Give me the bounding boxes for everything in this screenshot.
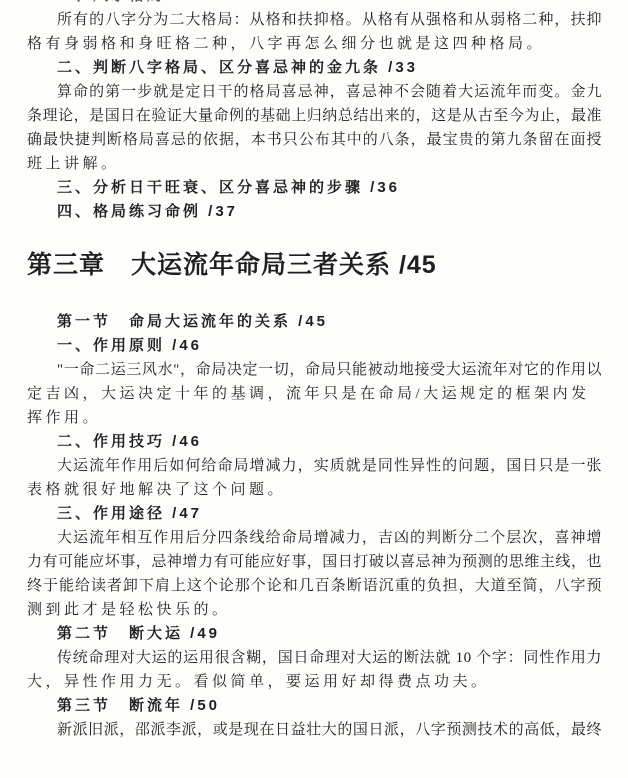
section-heading: 第一节 命局大运流年的关系 /45 — [27, 310, 602, 334]
paragraph: 大运流年相互作用后分四条线给命局增减力，吉凶的判断分二个层次，喜神增力有可能应坏… — [27, 526, 602, 622]
paragraph: 所有的八字分为二大格局：从格和扶抑格。从格有从强格和从弱格二种，扶抑格有身弱格和… — [27, 8, 602, 56]
paragraph: "一命二运三风水"，命局决定一切，命局只能被动地接受大运流年对它的作用以定吉凶，… — [27, 358, 602, 430]
paragraph-line: 所有的八字分为二大格局：从格和扶抑格。从格有从强格和从弱格二种，扶抑 — [27, 8, 602, 32]
paragraph-line: 定吉凶，大运决定十年的基调，流年只是在命局/大运规定的框架内发挥作用。 — [27, 382, 602, 430]
section-heading: 第三节 断流年 /50 — [27, 694, 602, 718]
paragraph-line: 条理论，是国日在验证大量命例的基础上归纳总结出来的，这是从古至今为止，最准 — [27, 104, 602, 128]
paragraph-line: 力有可能应坏事，忌神增力有可能应好事，国日打破以喜忌神为预测的思维主线，也 — [27, 550, 602, 574]
paragraph-line: 算命的第一步就是定日干的格局喜忌神，喜忌神不会随着大运流年而变。金九 — [27, 80, 602, 104]
toc-subheading: 一、八字格局 /32 — [27, 0, 602, 8]
toc-subheading: 四、格局练习命例 /37 — [27, 200, 602, 224]
paragraph: 算命的第一步就是定日干的格局喜忌神，喜忌神不会随着大运流年而变。金九条理论，是国… — [27, 80, 602, 176]
toc-subheading: 二、判断八字格局、区分喜忌神的金九条 /33 — [27, 56, 602, 80]
chapter-heading: 第三章 大运流年命局三者关系 /45 — [27, 250, 602, 280]
paragraph-line: "一命二运三风水"，命局决定一切，命局只能被动地接受大运流年对它的作用以 — [27, 358, 602, 382]
toc-subheading: 二、作用技巧 /46 — [27, 430, 602, 454]
paragraph-line: 传统命理对大运的运用很含糊，国日命理对大运的断法就 10 个字：同性作用力 — [27, 646, 602, 670]
paragraph-line: 表格就很好地解决了这个问题。 — [27, 478, 602, 502]
toc-subheading: 一、作用原则 /46 — [27, 334, 602, 358]
paragraph: 大运流年作用后如何给命局增减力，实质就是同性异性的问题，国日只是一张表格就很好地… — [27, 454, 602, 502]
paragraph-line: 格有身弱格和身旺格二种，八字再怎么细分也就是这四种格局。 — [27, 32, 602, 56]
paragraph-line: 班上讲解。 — [27, 152, 602, 176]
paragraph-line: 测到此才是轻松快乐的。 — [27, 598, 602, 622]
paragraph-line: 确最快捷判断格局喜忌的依据，本书只公布其中的八条，最宝贵的第九条留在面授 — [27, 128, 602, 152]
paragraph-line: 大，异性作用力无。看似简单，要运用好却得费点功夫。 — [27, 670, 602, 694]
clipped-heading-top-edge: 一、八字格局 /32 — [27, 0, 602, 8]
paragraph-line: 大运流年作用后如何给命局增减力，实质就是同性异性的问题，国日只是一张 — [27, 454, 602, 478]
paragraph-line: 新派旧派，邵派李派，或是现在日益壮大的国日派，八字预测技术的高低，最终 — [27, 718, 602, 742]
paragraph-line: 终于能给读者卸下肩上这个论那个论和几百条断语沉重的负担，大道至简，八字预 — [27, 574, 602, 598]
paragraph: 传统命理对大运的运用很含糊，国日命理对大运的断法就 10 个字：同性作用力大，异… — [27, 646, 602, 694]
scanned-book-page: 一、八字格局 /32所有的八字分为二大格局：从格和扶抑格。从格有从强格和从弱格二… — [0, 0, 628, 778]
section-heading: 第二节 断大运 /49 — [27, 622, 602, 646]
paragraph: 新派旧派，邵派李派，或是现在日益壮大的国日派，八字预测技术的高低，最终 — [27, 718, 602, 742]
table-of-contents: 一、八字格局 /32所有的八字分为二大格局：从格和扶抑格。从格有从强格和从弱格二… — [27, 0, 602, 742]
toc-subheading: 三、作用途径 /47 — [27, 502, 602, 526]
paragraph-line: 大运流年相互作用后分四条线给命局增减力，吉凶的判断分二个层次，喜神增 — [27, 526, 602, 550]
toc-subheading: 三、分析日干旺衰、区分喜忌神的步骤 /36 — [27, 176, 602, 200]
